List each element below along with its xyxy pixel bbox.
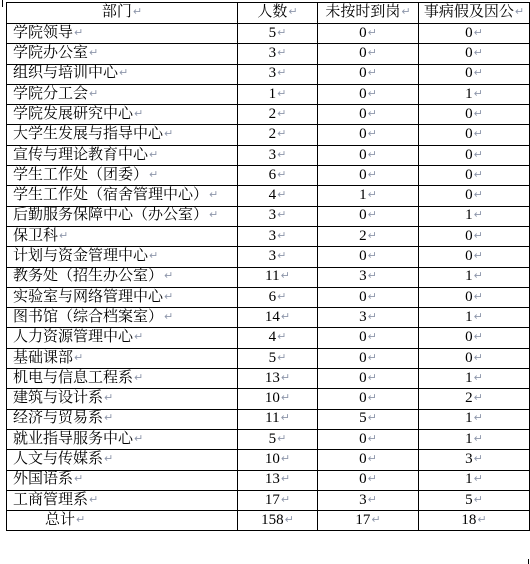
- department-label: 学生工作处（宿舍管理中心）: [13, 187, 208, 203]
- count-cell[interactable]: 6↵: [238, 166, 318, 186]
- late-cell[interactable]: 0↵: [318, 206, 419, 226]
- late-cell[interactable]: 0↵: [318, 166, 419, 186]
- department-label: 大学生发展与指导中心: [13, 126, 163, 142]
- paragraph-mark-icon: ↵: [474, 472, 483, 485]
- late-value: 0: [359, 147, 367, 163]
- late-value: 0: [359, 248, 367, 264]
- paragraph-mark-icon: ↵: [474, 148, 483, 161]
- paragraph-mark-icon: ↵: [277, 168, 286, 181]
- table-row: 大学生发展与指导中心↵ 2↵ 0↵ 0↵: [7, 125, 530, 145]
- leave-cell[interactable]: 0↵: [419, 287, 530, 307]
- late-value: 0: [359, 65, 367, 81]
- paragraph-mark-icon: ↵: [134, 330, 143, 343]
- paragraph-mark-icon: ↵: [401, 5, 410, 18]
- paragraph-mark-icon: ↵: [368, 290, 377, 303]
- count-cell[interactable]: 5↵: [238, 24, 318, 44]
- count-value: 158: [261, 512, 284, 528]
- late-value: 0: [359, 431, 367, 447]
- department-cell[interactable]: 组织与培训中心↵: [7, 64, 238, 84]
- count-value: 5: [269, 431, 277, 447]
- count-value: 10: [265, 390, 280, 406]
- paragraph-mark-icon: ↵: [149, 168, 158, 181]
- late-cell[interactable]: 0↵: [318, 145, 419, 165]
- department-cell[interactable]: 教务处（招生办公室）↵: [7, 267, 238, 287]
- department-cell[interactable]: 建筑与设计系↵: [7, 389, 238, 409]
- leave-value: 0: [465, 25, 473, 41]
- paragraph-mark-icon: ↵: [477, 513, 486, 526]
- department-cell[interactable]: 学院领导↵: [7, 24, 238, 44]
- leave-cell[interactable]: 0↵: [419, 64, 530, 84]
- paragraph-mark-icon: ↵: [281, 452, 290, 465]
- late-cell[interactable]: 0↵: [318, 450, 419, 470]
- department-cell[interactable]: 机电与信息工程系↵: [7, 369, 238, 389]
- department-cell[interactable]: 学院发展研究中心↵: [7, 105, 238, 125]
- department-label: 基础课部: [13, 350, 73, 366]
- count-value: 13: [265, 471, 280, 487]
- paragraph-mark-icon: ↵: [368, 269, 377, 282]
- paragraph-mark-icon: ↵: [59, 229, 68, 242]
- leave-cell[interactable]: 0↵: [419, 145, 530, 165]
- count-cell[interactable]: 11↵: [238, 267, 318, 287]
- table-row: 图书馆（综合档案室）↵ 14↵ 3↵ 1↵: [7, 308, 530, 328]
- department-label: 教务处（招生办公室）: [13, 268, 163, 284]
- leave-value: 0: [465, 329, 473, 345]
- leave-value: 1: [465, 86, 473, 102]
- department-cell[interactable]: 经济与贸易系↵: [7, 409, 238, 429]
- paragraph-mark-icon: ↵: [89, 493, 98, 506]
- table-row: 学院办公室↵ 3↵ 0↵ 0↵: [7, 44, 530, 64]
- department-cell[interactable]: 大学生发展与指导中心↵: [7, 125, 238, 145]
- department-label: 经济与贸易系: [13, 410, 103, 426]
- document-page: 部门↵ 人数↵ 未按时到岗↵ 事病假及因公↵ 学院领导↵ 5↵: [0, 0, 530, 564]
- paragraph-mark-icon: ↵: [474, 391, 483, 404]
- late-value: 0: [359, 45, 367, 61]
- count-value: 13: [265, 370, 280, 386]
- paragraph-mark-icon: ↵: [368, 411, 377, 424]
- leave-value: 0: [465, 65, 473, 81]
- paragraph-mark-icon: ↵: [277, 127, 286, 140]
- paragraph-mark-icon: ↵: [474, 351, 483, 364]
- count-value: 3: [269, 228, 277, 244]
- department-cell[interactable]: 学院分工会↵: [7, 84, 238, 104]
- paragraph-mark-icon: ↵: [281, 310, 290, 323]
- paragraph-mark-icon: ↵: [281, 411, 290, 424]
- paragraph-mark-icon: ↵: [277, 351, 286, 364]
- paragraph-mark-icon: ↵: [368, 432, 377, 445]
- paragraph-mark-icon: ↵: [209, 208, 218, 221]
- department-cell[interactable]: 宣传与理论教育中心↵: [7, 145, 238, 165]
- paragraph-mark-icon: ↵: [474, 269, 483, 282]
- header-cell-leave[interactable]: 事病假及因公↵: [419, 3, 530, 24]
- leave-value: 0: [465, 45, 473, 61]
- department-label: 计划与资金管理中心: [13, 248, 148, 264]
- count-value: 3: [269, 65, 277, 81]
- count-value: 6: [269, 289, 277, 305]
- paragraph-mark-icon: ↵: [281, 269, 290, 282]
- leave-cell[interactable]: 1↵: [419, 267, 530, 287]
- count-cell[interactable]: 6↵: [238, 287, 318, 307]
- late-cell[interactable]: 0↵: [318, 429, 419, 449]
- paragraph-mark-icon: ↵: [368, 107, 377, 120]
- count-value: 5: [269, 25, 277, 41]
- paragraph-mark-icon: ↵: [74, 26, 83, 39]
- late-cell[interactable]: 0↵: [318, 348, 419, 368]
- leave-value: 0: [465, 289, 473, 305]
- late-cell[interactable]: 0↵: [318, 64, 419, 84]
- leave-cell[interactable]: 0↵: [419, 247, 530, 267]
- paragraph-mark-icon: ↵: [368, 371, 377, 384]
- late-value: 0: [359, 350, 367, 366]
- paragraph-mark-icon: ↵: [164, 269, 173, 282]
- leave-value: 0: [465, 126, 473, 142]
- leave-value: 1: [465, 431, 473, 447]
- paragraph-mark-icon: ↵: [277, 46, 286, 59]
- table-row: 机电与信息工程系↵ 13↵ 0↵ 1↵: [7, 369, 530, 389]
- count-value: 4: [269, 329, 277, 345]
- table-row: 外国语系↵ 13↵ 0↵ 1↵: [7, 470, 530, 490]
- count-value: 2: [269, 106, 277, 122]
- paragraph-mark-icon: ↵: [277, 87, 286, 100]
- leave-value: 0: [465, 147, 473, 163]
- leave-cell[interactable]: 0↵: [419, 226, 530, 246]
- paragraph-mark-icon: ↵: [277, 188, 286, 201]
- paragraph-mark-icon: ↵: [368, 391, 377, 404]
- count-cell[interactable]: 17↵: [238, 490, 318, 510]
- paragraph-mark-icon: ↵: [474, 66, 483, 79]
- department-cell[interactable]: 学院办公室↵: [7, 44, 238, 64]
- count-cell[interactable]: 10↵: [238, 450, 318, 470]
- paragraph-mark-icon: ↵: [288, 5, 297, 18]
- late-cell[interactable]: 17↵: [318, 511, 419, 531]
- department-cell[interactable]: 实验室与网络管理中心↵: [7, 287, 238, 307]
- department-label: 图书馆（综合档案室）: [13, 309, 163, 325]
- count-cell[interactable]: 158↵: [238, 511, 318, 531]
- table-row: 总计↵ 158↵ 17↵ 18↵: [7, 511, 530, 531]
- late-value: 2: [359, 228, 367, 244]
- leave-cell[interactable]: 1↵: [419, 409, 530, 429]
- late-cell[interactable]: 0↵: [318, 105, 419, 125]
- department-label: 人力资源管理中心: [13, 329, 133, 345]
- paragraph-mark-icon: ↵: [133, 5, 142, 18]
- department-label: 建筑与设计系: [13, 390, 103, 406]
- table-row: 学院领导↵ 5↵ 0↵ 0↵: [7, 24, 530, 44]
- leave-value: 0: [465, 248, 473, 264]
- late-value: 0: [359, 451, 367, 467]
- paragraph-mark-icon: ↵: [474, 432, 483, 445]
- late-value: 0: [359, 329, 367, 345]
- paragraph-mark-icon: ↵: [368, 208, 377, 221]
- paragraph-mark-icon: ↵: [149, 249, 158, 262]
- paragraph-mark-icon: ↵: [474, 107, 483, 120]
- count-value: 10: [265, 451, 280, 467]
- department-label: 学院领导: [13, 25, 73, 41]
- leave-cell[interactable]: 1↵: [419, 470, 530, 490]
- table-row: 人文与传媒系↵ 10↵ 0↵ 3↵: [7, 450, 530, 470]
- leave-cell[interactable]: 0↵: [419, 105, 530, 125]
- paragraph-mark-icon: ↵: [104, 391, 113, 404]
- paragraph-mark-icon: ↵: [368, 87, 377, 100]
- paragraph-mark-icon: ↵: [149, 148, 158, 161]
- table-row: 工商管理系↵ 17↵ 3↵ 5↵: [7, 490, 530, 510]
- count-cell[interactable]: 3↵: [238, 64, 318, 84]
- paragraph-mark-icon: ↵: [368, 493, 377, 506]
- paragraph-mark-icon: ↵: [515, 5, 524, 18]
- paragraph-mark-icon: ↵: [277, 208, 286, 221]
- count-value: 5: [269, 350, 277, 366]
- count-cell[interactable]: 3↵: [238, 44, 318, 64]
- count-cell[interactable]: 13↵: [238, 470, 318, 490]
- department-label: 保卫科: [13, 228, 58, 244]
- late-cell[interactable]: 0↵: [318, 389, 419, 409]
- leave-cell[interactable]: 0↵: [419, 348, 530, 368]
- late-value: 3: [359, 309, 367, 325]
- paragraph-mark-icon: ↵: [134, 107, 143, 120]
- paragraph-mark-icon: ↵: [277, 249, 286, 262]
- header-label-count: 人数: [257, 4, 287, 20]
- count-value: 11: [265, 410, 279, 426]
- count-value: 3: [269, 207, 277, 223]
- table-row: 实验室与网络管理中心↵ 6↵ 0↵ 0↵: [7, 287, 530, 307]
- count-value: 1: [269, 86, 277, 102]
- leave-cell[interactable]: 1↵: [419, 206, 530, 226]
- leave-cell[interactable]: 5↵: [419, 490, 530, 510]
- paragraph-mark-icon: ↵: [119, 66, 128, 79]
- count-cell[interactable]: 3↵: [238, 226, 318, 246]
- count-cell[interactable]: 2↵: [238, 105, 318, 125]
- count-cell[interactable]: 11↵: [238, 409, 318, 429]
- leave-cell[interactable]: 1↵: [419, 84, 530, 104]
- paragraph-mark-icon: ↵: [474, 493, 483, 506]
- paragraph-mark-icon: ↵: [474, 452, 483, 465]
- late-value: 0: [359, 86, 367, 102]
- count-cell[interactable]: 3↵: [238, 145, 318, 165]
- department-label: 就业指导服务中心: [13, 431, 133, 447]
- department-cell[interactable]: 外国语系↵: [7, 470, 238, 490]
- table-row: 学院发展研究中心↵ 2↵ 0↵ 0↵: [7, 105, 530, 125]
- late-value: 17: [355, 512, 370, 528]
- department-cell[interactable]: 学生工作处（宿舍管理中心）↵: [7, 186, 238, 206]
- department-cell[interactable]: 基础课部↵: [7, 348, 238, 368]
- department-cell[interactable]: 就业指导服务中心↵: [7, 429, 238, 449]
- leave-cell[interactable]: 2↵: [419, 389, 530, 409]
- paragraph-mark-icon: ↵: [104, 452, 113, 465]
- paragraph-mark-icon: ↵: [474, 310, 483, 323]
- paragraph-mark-icon: ↵: [277, 148, 286, 161]
- paragraph-mark-icon: ↵: [281, 391, 290, 404]
- paragraph-mark-icon: ↵: [164, 290, 173, 303]
- count-cell[interactable]: 3↵: [238, 206, 318, 226]
- late-cell[interactable]: 3↵: [318, 308, 419, 328]
- leave-value: 0: [465, 167, 473, 183]
- department-label: 学院发展研究中心: [13, 106, 133, 122]
- leave-cell[interactable]: 18↵: [419, 511, 530, 531]
- department-cell[interactable]: 人力资源管理中心↵: [7, 328, 238, 348]
- leave-cell[interactable]: 0↵: [419, 125, 530, 145]
- paragraph-mark-icon: ↵: [368, 351, 377, 364]
- leave-cell[interactable]: 0↵: [419, 166, 530, 186]
- paragraph-mark-icon: ↵: [368, 472, 377, 485]
- late-cell[interactable]: 0↵: [318, 44, 419, 64]
- late-cell[interactable]: 2↵: [318, 226, 419, 246]
- late-value: 5: [359, 410, 367, 426]
- header-cell-count[interactable]: 人数↵: [238, 3, 318, 24]
- table-row: 就业指导服务中心↵ 5↵ 0↵ 1↵: [7, 429, 530, 449]
- leave-cell[interactable]: 3↵: [419, 450, 530, 470]
- table-gridline-stub-top-left: [2, 0, 3, 7]
- paragraph-mark-icon: ↵: [281, 493, 290, 506]
- paragraph-mark-icon: ↵: [285, 513, 294, 526]
- leave-value: 1: [465, 268, 473, 284]
- department-cell[interactable]: 工商管理系↵: [7, 490, 238, 510]
- paragraph-mark-icon: ↵: [281, 371, 290, 384]
- leave-cell[interactable]: 1↵: [419, 308, 530, 328]
- late-value: 0: [359, 289, 367, 305]
- paragraph-mark-icon: ↵: [368, 188, 377, 201]
- department-cell[interactable]: 后勤服务保障中心（办公室）↵: [7, 206, 238, 226]
- paragraph-mark-icon: ↵: [474, 26, 483, 39]
- paragraph-mark-icon: ↵: [277, 26, 286, 39]
- department-label: 学院办公室: [13, 45, 88, 61]
- leave-value: 18: [461, 512, 476, 528]
- paragraph-mark-icon: ↵: [474, 249, 483, 262]
- paragraph-mark-icon: ↵: [104, 411, 113, 424]
- header-cell-late[interactable]: 未按时到岗↵: [318, 3, 419, 24]
- leave-value: 1: [465, 471, 473, 487]
- paragraph-mark-icon: ↵: [74, 472, 83, 485]
- paragraph-mark-icon: ↵: [368, 330, 377, 343]
- paragraph-mark-icon: ↵: [277, 432, 286, 445]
- header-label-late: 未按时到岗: [325, 4, 400, 20]
- department-cell[interactable]: 人文与传媒系↵: [7, 450, 238, 470]
- count-cell[interactable]: 3↵: [238, 247, 318, 267]
- department-label: 宣传与理论教育中心: [13, 147, 148, 163]
- count-value: 4: [269, 187, 277, 203]
- paragraph-mark-icon: ↵: [368, 26, 377, 39]
- late-value: 1: [359, 187, 367, 203]
- leave-cell[interactable]: 0↵: [419, 328, 530, 348]
- late-cell[interactable]: 0↵: [318, 328, 419, 348]
- department-label: 后勤服务保障中心（办公室）: [13, 207, 208, 223]
- department-label: 学生工作处（团委）: [13, 167, 148, 183]
- late-cell[interactable]: 0↵: [318, 247, 419, 267]
- late-cell[interactable]: 1↵: [318, 186, 419, 206]
- department-cell[interactable]: 学生工作处（团委）↵: [7, 166, 238, 186]
- count-cell[interactable]: 14↵: [238, 308, 318, 328]
- paragraph-mark-icon: ↵: [371, 513, 380, 526]
- paragraph-mark-icon: ↵: [281, 472, 290, 485]
- late-cell[interactable]: 3↵: [318, 267, 419, 287]
- paragraph-mark-icon: ↵: [474, 229, 483, 242]
- paragraph-mark-icon: ↵: [474, 127, 483, 140]
- department-cell[interactable]: 图书馆（综合档案室）↵: [7, 308, 238, 328]
- count-value: 3: [269, 147, 277, 163]
- leave-value: 1: [465, 207, 473, 223]
- late-cell[interactable]: 0↵: [318, 369, 419, 389]
- leave-value: 0: [465, 187, 473, 203]
- paragraph-mark-icon: ↵: [474, 46, 483, 59]
- header-label-leave: 事病假及因公: [424, 4, 514, 20]
- count-cell[interactable]: 10↵: [238, 389, 318, 409]
- late-cell[interactable]: 0↵: [318, 125, 419, 145]
- paragraph-mark-icon: ↵: [474, 371, 483, 384]
- leave-cell[interactable]: 0↵: [419, 24, 530, 44]
- paragraph-mark-icon: ↵: [368, 452, 377, 465]
- count-cell[interactable]: 4↵: [238, 328, 318, 348]
- table-row: 学院分工会↵ 1↵ 0↵ 1↵: [7, 84, 530, 104]
- department-cell[interactable]: 保卫科↵: [7, 226, 238, 246]
- count-value: 2: [269, 126, 277, 142]
- late-cell[interactable]: 3↵: [318, 490, 419, 510]
- late-cell[interactable]: 0↵: [318, 470, 419, 490]
- count-cell[interactable]: 13↵: [238, 369, 318, 389]
- attendance-table: 部门↵ 人数↵ 未按时到岗↵ 事病假及因公↵ 学院领导↵ 5↵: [6, 2, 530, 531]
- paragraph-mark-icon: ↵: [277, 107, 286, 120]
- paragraph-mark-icon: ↵: [474, 330, 483, 343]
- paragraph-mark-icon: ↵: [368, 46, 377, 59]
- count-value: 6: [269, 167, 277, 183]
- count-cell[interactable]: 5↵: [238, 348, 318, 368]
- leave-cell[interactable]: 1↵: [419, 369, 530, 389]
- header-cell-department[interactable]: 部门↵: [7, 3, 238, 24]
- table-row: 后勤服务保障中心（办公室）↵ 3↵ 0↵ 1↵: [7, 206, 530, 226]
- table-row: 建筑与设计系↵ 10↵ 0↵ 2↵: [7, 389, 530, 409]
- leave-cell[interactable]: 1↵: [419, 429, 530, 449]
- leave-value: 0: [465, 228, 473, 244]
- paragraph-mark-icon: ↵: [74, 351, 83, 364]
- department-label: 机电与信息工程系: [13, 370, 133, 386]
- count-cell[interactable]: 4↵: [238, 186, 318, 206]
- late-cell[interactable]: 0↵: [318, 84, 419, 104]
- count-cell[interactable]: 2↵: [238, 125, 318, 145]
- leave-value: 1: [465, 309, 473, 325]
- paragraph-mark-icon: ↵: [368, 249, 377, 262]
- department-cell[interactable]: 总计↵: [7, 511, 238, 531]
- late-value: 0: [359, 167, 367, 183]
- leave-cell[interactable]: 0↵: [419, 44, 530, 64]
- late-cell[interactable]: 0↵: [318, 287, 419, 307]
- paragraph-mark-icon: ↵: [277, 229, 286, 242]
- late-cell[interactable]: 0↵: [318, 24, 419, 44]
- count-value: 14: [265, 309, 280, 325]
- table-gridline-stub-bottom-right: [528, 559, 529, 564]
- department-label: 学院分工会: [13, 86, 88, 102]
- leave-value: 1: [465, 370, 473, 386]
- leave-cell[interactable]: 0↵: [419, 186, 530, 206]
- paragraph-mark-icon: ↵: [76, 513, 85, 526]
- count-cell[interactable]: 5↵: [238, 429, 318, 449]
- paragraph-mark-icon: ↵: [164, 127, 173, 140]
- department-label: 组织与培训中心: [13, 65, 118, 81]
- paragraph-mark-icon: ↵: [474, 188, 483, 201]
- paragraph-mark-icon: ↵: [368, 229, 377, 242]
- department-cell[interactable]: 计划与资金管理中心↵: [7, 247, 238, 267]
- leave-value: 1: [465, 410, 473, 426]
- paragraph-mark-icon: ↵: [89, 87, 98, 100]
- late-cell[interactable]: 5↵: [318, 409, 419, 429]
- paragraph-mark-icon: ↵: [209, 188, 218, 201]
- count-value: 3: [269, 248, 277, 264]
- department-label: 外国语系: [13, 471, 73, 487]
- paragraph-mark-icon: ↵: [368, 66, 377, 79]
- count-cell[interactable]: 1↵: [238, 84, 318, 104]
- table-row: 教务处（招生办公室）↵ 11↵ 3↵ 1↵: [7, 267, 530, 287]
- leave-value: 0: [465, 350, 473, 366]
- late-value: 0: [359, 390, 367, 406]
- paragraph-mark-icon: ↵: [474, 411, 483, 424]
- department-label: 实验室与网络管理中心: [13, 289, 163, 305]
- table-header-row: 部门↵ 人数↵ 未按时到岗↵ 事病假及因公↵: [7, 3, 530, 24]
- department-label: 工商管理系: [13, 492, 88, 508]
